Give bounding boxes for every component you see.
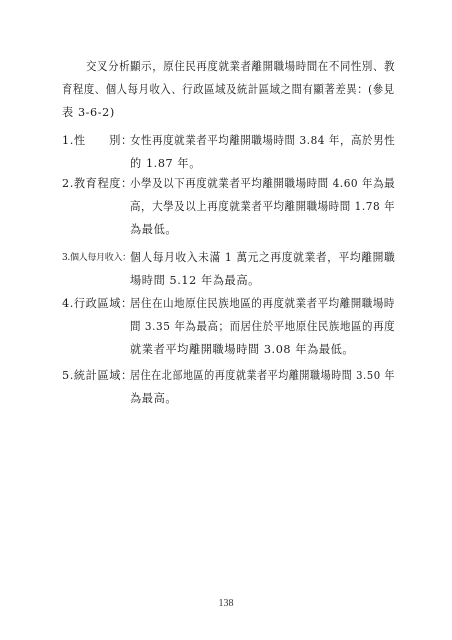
item-line: 居住在山地原住民族地區的再度就業者平均離開職場時: [130, 297, 395, 311]
item-line: 居住在北部地區的再度就業者平均離開職場時間 3.50 年: [130, 369, 395, 383]
intro-line-3: 表 3-6-2): [62, 106, 115, 120]
item-label: 2.教育程度：: [62, 177, 133, 191]
item-line: 為最低。: [130, 223, 177, 237]
intro-line-2: 育程度、個人每月收入、行政區域及統計區域之間有顯著差異：(參見: [62, 83, 395, 97]
item-line: 的 1.87 年。: [130, 157, 201, 171]
item-label: 1.性 別：: [62, 134, 133, 148]
item-label: 5.統計區域：: [62, 369, 133, 383]
intro-line-1: 交叉分析顯示，原住民再度就業者離開職場時間在不同性別、教: [86, 60, 395, 74]
item-line: 場時間 5.12 年為最高。: [130, 274, 260, 288]
page-number: 138: [0, 598, 452, 609]
item-line: 為最高。: [130, 392, 177, 406]
item-line: 個人每月收入未滿 1 萬元之再度就業者，平均離開職: [130, 251, 395, 265]
item-line: 間 3.35 年為最高；而居住於平地原住民族地區的再度: [130, 320, 395, 334]
item-line: 女性再度就業者平均離開職場時間 3.84 年，高於男性: [130, 134, 395, 148]
item-label: 3.個人每月收入：: [62, 251, 131, 265]
item-label: 4.行政區域：: [62, 297, 133, 311]
item-line: 高，大學及以上再度就業者平均離開職場時間 1.78 年: [130, 200, 395, 214]
document-page: 交叉分析顯示，原住民再度就業者離開職場時間在不同性別、教 育程度、個人每月收入、…: [0, 0, 452, 640]
item-line: 就業者平均離開職場時間 3.08 年為最低。: [130, 343, 354, 357]
item-line: 小學及以下再度就業者平均離開職場時間 4.60 年為最: [130, 177, 395, 191]
